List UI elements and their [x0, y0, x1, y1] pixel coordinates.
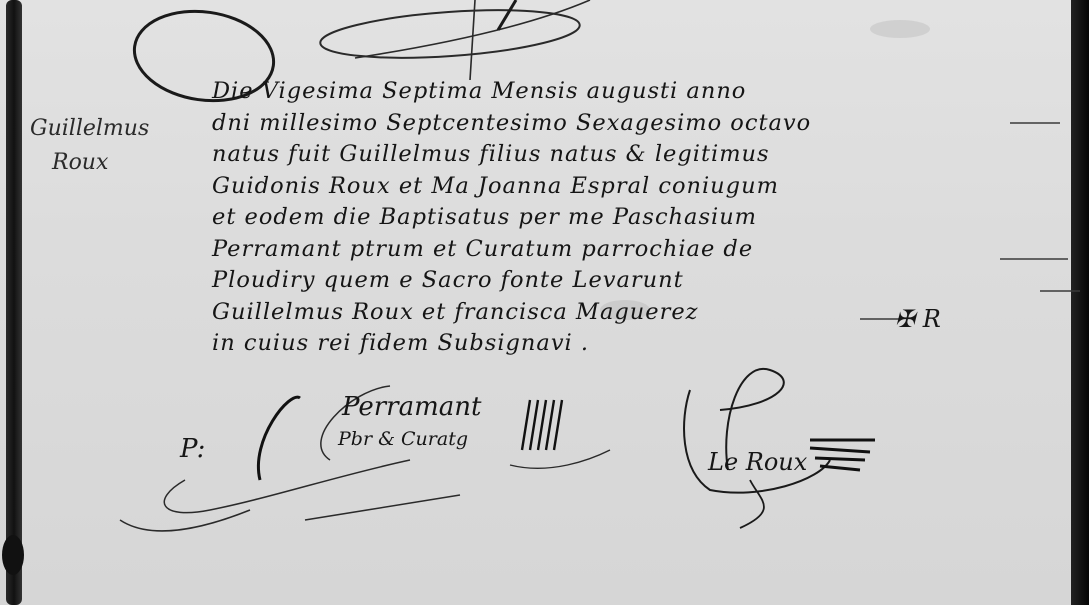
entry-line: dni millesimo Septcentesimo Sexagesimo o…: [212, 108, 1057, 140]
margin-note-surname: Roux: [30, 146, 200, 180]
priest-signature-prefix: P:: [180, 434, 205, 464]
right-page-edge: [1071, 0, 1089, 605]
initials-mark: ✠ R: [895, 305, 941, 333]
line-fill-rule: [860, 318, 900, 320]
line-fill-rule: [1000, 258, 1068, 260]
godfather-signature-flourish: [660, 360, 900, 530]
margin-note-given-name: Guillelmus: [30, 112, 200, 146]
entry-line: Ploudiry quem e Sacro fonte Levarunt: [212, 265, 1057, 297]
entry-line: natus fuit Guillelmus filius natus & leg…: [212, 139, 1057, 171]
entry-line: Guidonis Roux et Ma Joanna Espral coniug…: [212, 171, 1057, 203]
margin-note: Guillelmus Roux: [30, 112, 200, 180]
line-fill-rule: [1040, 290, 1080, 292]
entry-line: et eodem die Baptisatus per me Paschasiu…: [212, 202, 1057, 234]
entry-line: Die Vigesima Septima Mensis augusti anno: [212, 76, 1057, 108]
priest-signature-name: Perramant: [342, 392, 481, 422]
manuscript-page: Guillelmus Roux Die Vigesima Septima Men…: [0, 0, 1089, 605]
entry-line: Perramant ptrum et Curatum parrochiae de: [212, 234, 1057, 266]
godfather-signature-name: Le Roux: [708, 448, 807, 476]
smudge: [870, 20, 930, 38]
line-fill-rule: [1010, 122, 1060, 124]
left-binding-edge: [6, 0, 22, 605]
priest-signature-title: Pbr & Curatg: [338, 428, 468, 450]
